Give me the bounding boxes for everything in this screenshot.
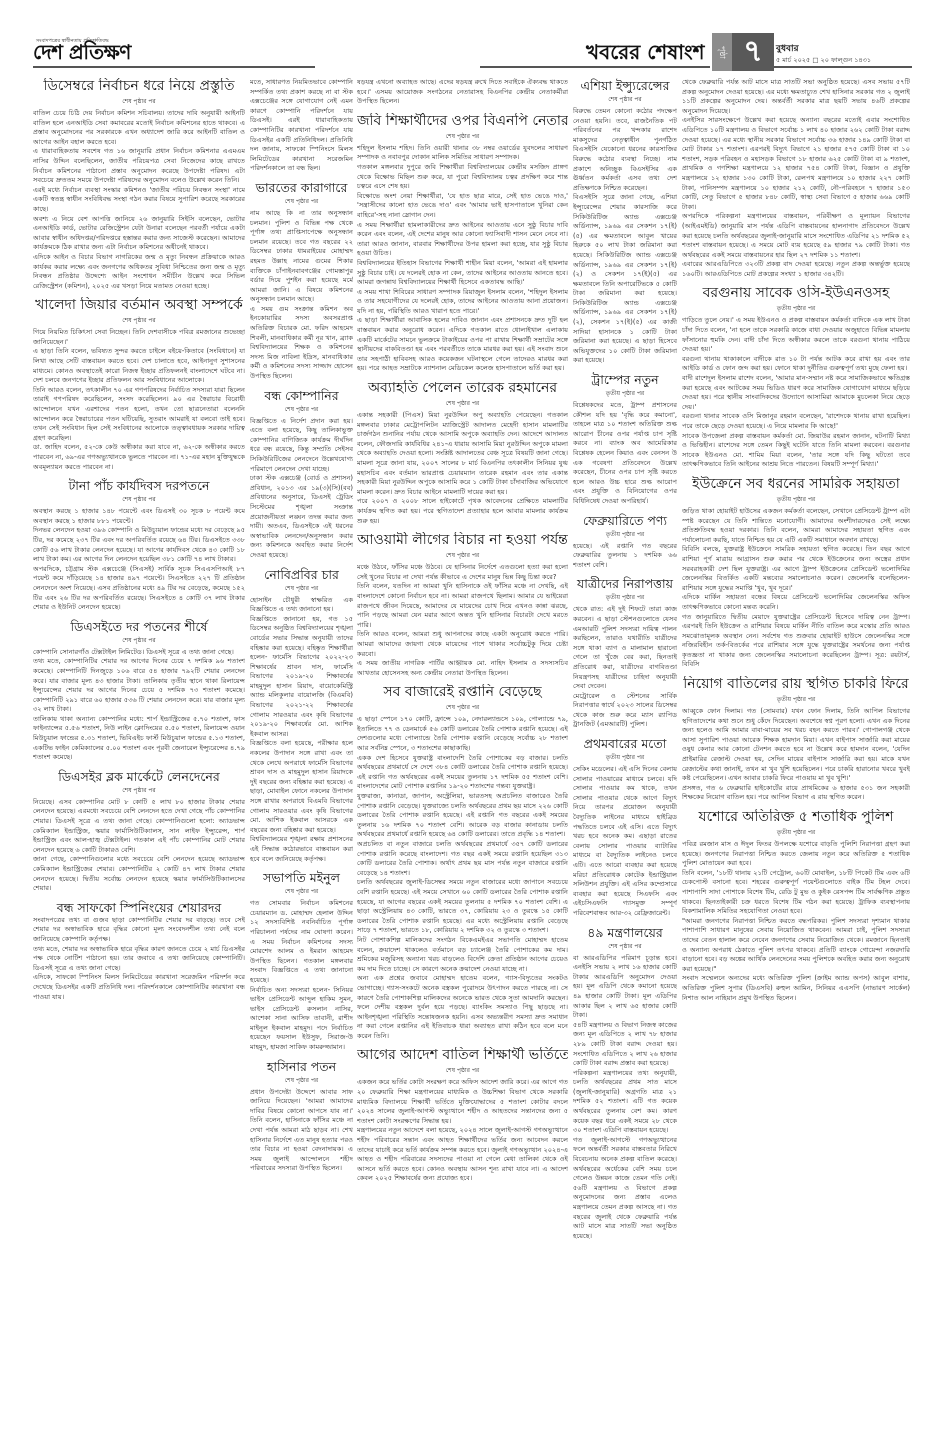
issue-date: ৫ মার্চ ২০২৫ □ ২০ ফাল্গুন ১৪৩১ — [776, 55, 871, 66]
headline: জবি শিক্ষার্থীদের ওপর বিএনপি নেতার — [357, 113, 568, 130]
weekday: বুধবার — [776, 41, 799, 56]
article-appointment-verdict: নিয়োগ বাতিলের রায় স্থগিত চাকরি ফিরে তৃ… — [682, 676, 910, 803]
article-body: বিরুদ্ধে তেমন কোনো কঠোর পদক্ষেপ নেওয়া হ… — [573, 107, 677, 366]
article-body: আব্বুকে ফোন দিলাম। গত (সোমবার) যখন ফোন দ… — [682, 707, 910, 803]
jump-line: তৃতীয় পৃষ্ঠার পর — [573, 529, 677, 540]
headline: সব বাজারেই রপ্তানি বেড়েছে — [357, 684, 568, 701]
headline: ডিএসইতে দর পতনের শীর্ষে — [33, 619, 245, 634]
jump-line: শেষ পৃষ্ঠার পর — [250, 1075, 353, 1086]
article-hasina-fall: হাসিনার পতন শেষ পৃষ্ঠার পর প্রধান উপদেষ্… — [250, 1059, 353, 1174]
jump-line: তৃতীয় পৃষ্ঠার পর — [682, 694, 910, 705]
newspaper-logo: দেশ প্রতিক্ষণ — [33, 42, 131, 62]
headline: আওয়ামী লীগের বিচার না হওয়া পর্যন্ত — [357, 532, 568, 549]
article-dse-top-losers: ডিএসইতে দর পতনের শীর্ষে শেষ পৃষ্ঠার পর ক… — [33, 619, 245, 763]
column-left-narrow: মতে, সাধারণত নিয়মিতভাবে কোম্পানি সম্পর্… — [250, 78, 353, 1438]
jump-line: শেষ পৃষ্ঠার পর — [573, 941, 677, 952]
article-body: কোম্পানি সোনারগাঁও টেক্সটাইল লিমিটেড। ডি… — [33, 648, 245, 763]
jump-line: শেষ পৃষ্ঠার পর — [33, 96, 245, 107]
headline: বরগুনায় সাবেক ওসি-ইউএনওসহ — [682, 285, 910, 302]
headline: বন্ধ কোম্পানির — [250, 388, 353, 403]
jump-line: তৃতীয় পৃষ্ঠার পর — [682, 827, 910, 838]
article-first-time: প্রথমবারের মতো তৃতীয় পৃষ্ঠার পর সেকিং ম… — [573, 736, 677, 919]
jump-line: শেষ পৃষ্ঠার পর — [33, 785, 245, 796]
article-closed-company: বন্ধ কোম্পানির শেষ পৃষ্ঠার পর বিজ্ঞপ্তিত… — [250, 388, 353, 561]
article-body: বাতিল চেয়ে চিঠি দেয় নির্বাচন কমিশন সচি… — [33, 109, 245, 291]
article-body: নিয়েছে। এসব কোম্পানির মোট ৮ কোটি ৫ লাখ … — [33, 798, 245, 894]
jump-line: শেষ পৃষ্ঠার পর — [573, 94, 677, 105]
article-body: পবিত্র রমজান মাস ও ঈদুল ফিতর উপলক্ষে যশো… — [682, 840, 910, 1003]
article-barguna-oc-uno: বরগুনায় সাবেক ওসি-ইউএনওসহ তৃতীয় পৃষ্ঠা… — [682, 285, 910, 470]
article-continuation: মতে, সাধারণত নিয়মিতভাবে কোম্পানি সম্পর্… — [250, 78, 353, 174]
jump-line: তৃতীয় পৃষ্ঠার পর — [682, 303, 910, 314]
article-admission-order: আগের আদেশ বাতিল শিক্ষার্থী ভর্তিতে শেষ প… — [357, 1047, 568, 1184]
headline: সভাপতি মইনুল — [250, 870, 353, 885]
article-election-prep: ডিসেম্বরে নির্বাচন ধরে নিয়ে প্রস্তুতি শ… — [33, 78, 245, 291]
article-body: জড়িত থাকা হোয়াইট হাউসের একজন কর্মকর্তা… — [682, 507, 910, 670]
jump-line: শেষ পৃষ্ঠার পর — [357, 1065, 568, 1076]
jump-line: শেষ পৃষ্ঠার পর — [250, 583, 353, 594]
jump-line: তৃতীয় পৃষ্ঠার পর — [573, 752, 677, 763]
divider — [480, 66, 710, 68]
jump-line: শেষ পৃষ্ঠার পর — [357, 702, 568, 713]
page-label: পৃষ্ঠা — [712, 33, 732, 71]
article-body: গত সোমবার নির্বাচন কমিশনের চেয়ারম্যান ড… — [250, 899, 353, 1053]
article-body: এ ছাড়া স্পেনে ১৭০ কোটি, ফ্রান্সে ১০৯, ন… — [357, 715, 568, 1041]
headline: যশোরে অতিরিক্ত ৫ শতাধিক পুলিশ — [682, 809, 910, 826]
article-body: বিশ্লেষকদের মতে, ট্রাম্প প্রশাসনের কৌশল … — [573, 401, 677, 507]
headline: যাত্রীদের নিরাপত্তায় — [573, 576, 677, 591]
masthead: সংবাদপত্রের স্বাধীনতায় প্রতিশ্রুতিবদ্ধ … — [0, 0, 945, 62]
article-body: সংবাদপত্রের তথ্য বা গুজব ছাড়া কোম্পানিট… — [33, 916, 245, 1002]
jump-line: শেষ পৃষ্ঠার পর — [250, 886, 353, 897]
headline: ৪৯ মন্ত্রণালয়ের — [573, 925, 677, 940]
headline: নোবিপ্রবির চার — [250, 567, 353, 582]
article-body: একজন করে ভর্তির কোটা সংরক্ষণ করে অফিস আদ… — [357, 1078, 568, 1184]
headline: ফেব্রুয়ারিতে পণ্য — [573, 513, 677, 528]
article-body: হোসাইন চৌধুরী স্বাক্ষরিত এক বিজ্ঞপ্তিতে … — [250, 596, 353, 865]
jump-line: তৃতীয় পৃষ্ঠার পর — [682, 494, 910, 505]
jump-line: শেষ পৃষ্ঠার পর — [33, 635, 245, 646]
headline: ডিএসইর ব্লক মার্কেটে লেনদেনের — [33, 769, 245, 784]
article-body: থেকে ফেব্রুয়ারি পর্যন্ত আট মাসে মাত্র স… — [682, 78, 910, 279]
headline: ভারতের কারাগারে — [250, 180, 353, 195]
article-body: সেকিং মডেলের। এই এসি দিনের বেলায় সোলার … — [573, 765, 677, 919]
article-body: বিজ্ঞপ্তিতে এ নির্দেশ প্রদান করা হয়। এত… — [250, 417, 353, 561]
article-body: শহিদুল ইসলাম শহিদ। তিনি ওয়ারী থানার ৩৮ … — [357, 144, 568, 374]
jump-line: শেষ পৃষ্ঠার পর — [33, 315, 245, 326]
headline: খালেদা জিয়ার বর্তমান অবস্থা সম্পর্কে — [33, 297, 245, 314]
headline: প্রথমবারের মতো — [573, 736, 677, 751]
jump-line: শেষ পৃষ্ঠার পর — [357, 131, 568, 142]
headline: হাসিনার পতন — [250, 1059, 353, 1074]
article-awami-league-trial: আওয়ামী লীগের বিচার না হওয়া পর্যন্ত শেষ… — [357, 532, 568, 678]
article-body: ষড়যন্ত্র এখনো অব্যাহত আছে। এদের ষড়যন্ত… — [357, 78, 568, 107]
headline: ইউক্রেনে সব ধরনের সামরিক সহায়তা — [682, 476, 910, 493]
article-passenger-safety: যাত্রীদের নিরাপত্তায় তৃতীয় পৃষ্ঠার পর … — [573, 576, 677, 730]
article-tarique-ps: অব্যাহতি পেলেন তারেক রহমানের শেষ পৃষ্ঠার… — [357, 380, 568, 526]
article-indian-prison: ভারতের কারাগারে শেষ পৃষ্ঠার পর নাম আছে ক… — [250, 180, 353, 382]
article-body: বা আরএডিপির পরিমাণ চূড়ান্ত হবে। এনইসি স… — [573, 954, 677, 1242]
article-jessore-police: যশোরে অতিরিক্ত ৫ শতাধিক পুলিশ তৃতীয় পৃষ… — [682, 809, 910, 1003]
article-trump-new: ট্রাম্পের নতুন তৃতীয় পৃষ্ঠার পর বিশ্লেষ… — [573, 372, 677, 507]
article-body: থেকে রাত: এই দুই শিফটে তারা কাজ করবেন। এ… — [573, 605, 677, 730]
article-body: নাম আছে কি না তার অনুসন্ধান চলমান। পুলিশ… — [250, 209, 353, 382]
section-title: খবরের শেষাংশ — [586, 42, 705, 62]
article-body: প্রধান উপদেষ্টা উদ্দেশে আবার সাফ জানিয়ে… — [250, 1088, 353, 1174]
page-number: ৭ — [732, 33, 774, 71]
article-nstu-four: নোবিপ্রবির চার শেষ পৃষ্ঠার পর হোসাইন চৌধ… — [250, 567, 353, 865]
article-body: অবস্থান করছে ১ হাজার ১৪৮ পয়েন্টে এবং ডি… — [33, 507, 245, 613]
jump-line: শেষ পৃষ্ঠার পর — [250, 404, 353, 415]
column-right: থেকে ফেব্রুয়ারি পর্যন্ত আট মাসে মাত্র স… — [682, 78, 910, 1438]
article-february-goods: ফেব্রুয়ারিতে পণ্য তৃতীয় পৃষ্ঠার পর হয়… — [573, 513, 677, 571]
jump-line: শেষ পৃষ্ঠার পর — [250, 196, 353, 207]
article-body: গিয়ে নিয়মিত চিকিৎসা সেবা নিচ্ছেন। তিনি… — [33, 328, 245, 472]
divider — [774, 66, 912, 68]
article-body: মতে, সাধারণত নিয়মিতভাবে কোম্পানি সম্পর্… — [250, 78, 353, 174]
headline: বন্ধ সাফকো স্পিনিংয়ের শেয়ারদর — [33, 900, 245, 915]
article-market-fall: টানা পাঁচ কার্যদিবস দরপতনে শেষ পৃষ্ঠার প… — [33, 478, 245, 613]
headline: অব্যাহতি পেলেন তারেক রহমানের — [357, 380, 568, 397]
jump-line: তৃতীয় পৃষ্ঠার পর — [573, 388, 677, 399]
jump-line: শেষ পৃষ্ঠার পর — [357, 398, 568, 409]
article-safko-spinning: বন্ধ সাফকো স্পিনিংয়ের শেয়ারদর সংবাদপত্… — [33, 900, 245, 1002]
headline: টানা পাঁচ কার্যদিবস দরপতনে — [33, 478, 245, 493]
headline: এশিয়া ইন্স্যুরেন্সের — [573, 78, 677, 93]
column-right-narrow: এশিয়া ইন্স্যুরেন্সের শেষ পৃষ্ঠার পর বির… — [573, 78, 677, 1438]
column-left: ডিসেম্বরে নির্বাচন ধরে নিয়ে প্রস্তুতি শ… — [33, 78, 245, 1438]
headline: ট্রাম্পের নতুন — [573, 372, 677, 387]
article-body: গাড়িতে তুলে নেয়।' এ সময় ইউএনও ও প্রকল… — [682, 316, 910, 470]
divider — [33, 66, 315, 68]
article-ukraine-aid: ইউক্রেনে সব ধরনের সামরিক সহায়তা তৃতীয় … — [682, 476, 910, 670]
headline: ডিসেম্বরে নির্বাচন ধরে নিয়ে প্রস্তুতি — [33, 78, 245, 95]
article-export-growth: সব বাজারেই রপ্তানি বেড়েছে শেষ পৃষ্ঠার প… — [357, 684, 568, 1041]
article-body: মঞ্চে উঠবে, ফাঁসির মঞ্চে উঠবে। যে হাসিনা… — [357, 563, 568, 678]
column-center: ষড়যন্ত্র এখনো অব্যাহত আছে। এদের ষড়যন্ত… — [357, 78, 568, 1438]
article-continuation-adp: থেকে ফেব্রুয়ারি পর্যন্ত আট মাসে মাত্র স… — [682, 78, 910, 279]
headline: আগের আদেশ বাতিল শিক্ষার্থী ভর্তিতে — [357, 1047, 568, 1064]
article-asia-insurance: এশিয়া ইন্স্যুরেন্সের শেষ পৃষ্ঠার পর বির… — [573, 78, 677, 366]
article-body: একান্ত সহকারী (পিএস) মিয়া নুরউদ্দিন অপু… — [357, 411, 568, 526]
article-jnu-students: জবি শিক্ষার্থীদের ওপর বিএনপি নেতার শেষ প… — [357, 113, 568, 374]
jump-line: শেষ পৃষ্ঠার পর — [357, 550, 568, 561]
jump-line: শেষ পৃষ্ঠার পর — [33, 494, 245, 505]
jump-line: তৃতীয় পৃষ্ঠার পর — [573, 592, 677, 603]
headline: নিয়োগ বাতিলের রায় স্থগিত চাকরি ফিরে — [682, 676, 910, 693]
article-continuation: ষড়যন্ত্র এখনো অব্যাহত আছে। এদের ষড়যন্ত… — [357, 78, 568, 107]
article-khaleda-zia: খালেদা জিয়ার বর্তমান অবস্থা সম্পর্কে শে… — [33, 297, 245, 472]
article-block-market: ডিএসইর ব্লক মার্কেটে লেনদেনের শেষ পৃষ্ঠা… — [33, 769, 245, 894]
article-49-ministries: ৪৯ মন্ত্রণালয়ের শেষ পৃষ্ঠার পর বা আরএডি… — [573, 925, 677, 1242]
article-body: হয়েছে। এই রপ্তানি গত বছরের ফেব্রুয়ারির… — [573, 542, 677, 571]
article-president-mainul: সভাপতি মইনুল শেষ পৃষ্ঠার পর গত সোমবার নি… — [250, 870, 353, 1053]
